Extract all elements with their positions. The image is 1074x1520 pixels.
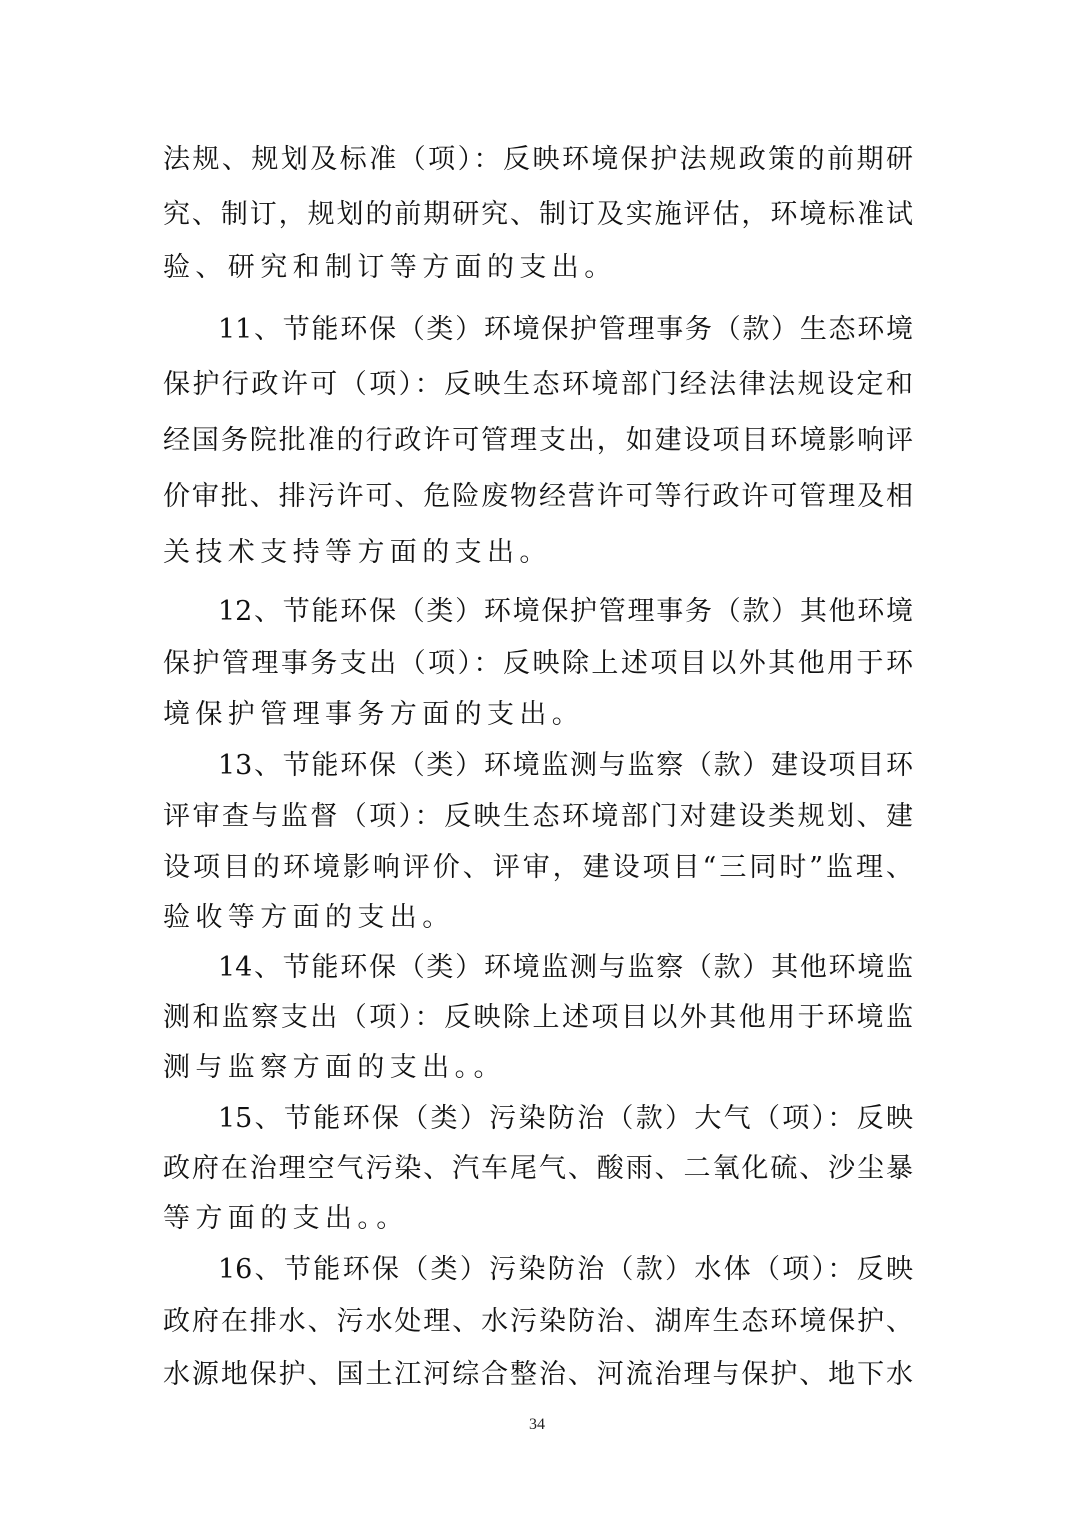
text-line: 16、节能环保（类）污染防治（款）水体（项）：反映: [218, 1250, 913, 1290]
text-line: 评审查与监督（项）：反映生态环境部门对建设类规划、建: [163, 797, 913, 837]
text-line: 14、节能环保（类）环境监测与监察（款）其他环境监: [218, 948, 913, 988]
document-page: 法规、规划及标准（项）：反映环境保护法规政策的前期研 究、制订，规划的前期研究、…: [0, 0, 1074, 1520]
text-line: 价审批、排污许可、危险废物经营许可等行政许可管理及相: [163, 477, 913, 517]
text-line: 验收等方面的支出。: [163, 898, 913, 938]
text-line: 等方面的支出。。: [163, 1199, 913, 1239]
page-number: 34: [0, 1415, 1074, 1435]
text-line: 测和监察支出（项）：反映除上述项目以外其他用于环境监: [163, 998, 913, 1038]
text-line: 12、节能环保（类）环境保护管理事务（款）其他环境: [218, 592, 913, 632]
text-line: 关技术支持等方面的支出。: [163, 533, 913, 573]
text-line: 设项目的环境影响评价、评审，建设项目“三同时”监理、: [163, 848, 913, 888]
text-line: 11、节能环保（类）环境保护管理事务（款）生态环境: [218, 310, 913, 350]
text-line: 经国务院批准的行政许可管理支出，如建设项目环境影响评: [163, 421, 913, 461]
text-line: 政府在治理空气污染、汽车尾气、酸雨、二氧化硫、沙尘暴: [163, 1149, 913, 1189]
text-line: 境保护管理事务方面的支出。: [163, 695, 913, 735]
text-line: 13、节能环保（类）环境监测与监察（款）建设项目环: [218, 746, 913, 786]
text-line: 究、制订，规划的前期研究、制订及实施评估，环境标准试: [163, 195, 913, 235]
text-line: 测与监察方面的支出。。: [163, 1048, 913, 1088]
text-line: 15、节能环保（类）污染防治（款）大气（项）：反映: [218, 1099, 913, 1139]
text-line: 验、研究和制订等方面的支出。: [163, 248, 913, 288]
text-line: 水源地保护、国土江河综合整治、河流治理与保护、地下水: [163, 1355, 913, 1395]
text-line: 政府在排水、污水处理、水污染防治、湖库生态环境保护、: [163, 1302, 913, 1342]
text-line: 法规、规划及标准（项）：反映环境保护法规政策的前期研: [163, 140, 913, 180]
text-line: 保护行政许可（项）：反映生态环境部门经法律法规设定和: [163, 365, 913, 405]
text-line: 保护管理事务支出（项）：反映除上述项目以外其他用于环: [163, 644, 913, 684]
